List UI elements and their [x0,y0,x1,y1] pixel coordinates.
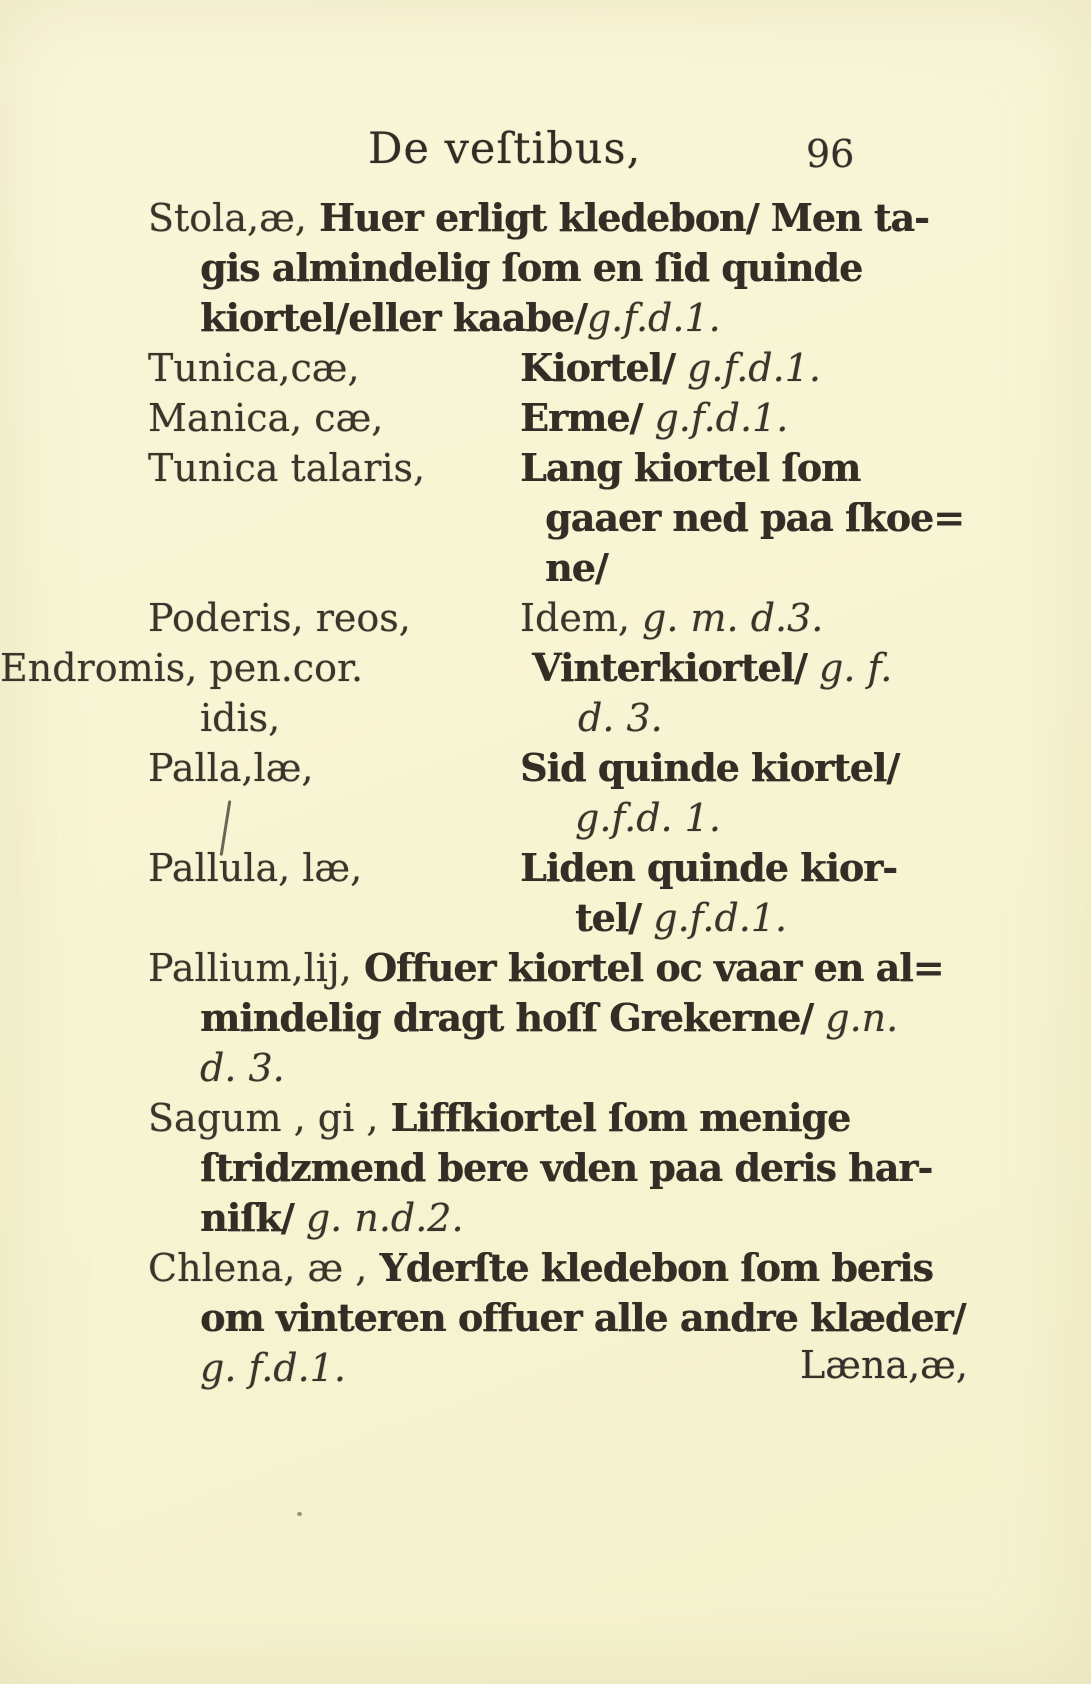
text-line: gaaer ned paa ſkoe= [0,493,1091,543]
definition-fraktur-text: Sid quinde kiortel/ [520,745,899,790]
definition-fraktur-text: ne/ [545,545,608,590]
line-definition-column: Kiortel/ g.f.d.1. [520,343,821,393]
line-left-column: Chlena, æ , Yderſte kledebon ſom beris [0,1243,933,1293]
text-line: ne/ [0,543,1091,593]
line-left-column: g. f.d.1. [0,1343,346,1393]
text-line: Stola,æ, Huer erligt kledebon/ Men ta- [0,193,1091,243]
definition-fraktur-text: ſtridzmend bere vden paa deris har- [200,1145,932,1190]
definition-fraktur-text: Erme/ [520,395,654,440]
definition-fraktur-text: tel/ [575,895,653,940]
line-left-column: niſk/ g. n.d.2. [0,1193,464,1243]
text-line: ſtridzmend bere vden paa deris har- [0,1143,1091,1193]
grammar-abbreviation: d. 3. [200,1046,285,1090]
text-line: Sagum , gi , Liffkiortel ſom menige [0,1093,1091,1143]
definition-fraktur-text: Huer erligt kledebon/ Men ta- [319,195,929,240]
text-line: Tunica talaris,Lang kiortel ſom [0,443,1091,493]
text-line: Palla,læ,Sid quinde kiortel/ [0,743,1091,793]
line-definition-column: tel/ g.f.d.1. [575,893,787,943]
ink-speck [297,1512,302,1516]
text-line: niſk/ g. n.d.2. [0,1193,1091,1243]
definition-fraktur-text: mindelig dragt hoſſ Grekerne/ [200,995,825,1040]
line-definition-column: g.f.d. 1. [575,793,721,843]
text-line: gis almindelig ſom en ſid quinde [0,243,1091,293]
grammar-abbreviation: g.f.d.1. [654,396,788,440]
line-left-column: mindelig dragt hoſſ Grekerne/ g.n. [0,993,898,1043]
text-line: d. 3. [0,1043,1091,1093]
text-line: Poderis, reos,Idem, g. m. d.3. [0,593,1091,643]
line-left-column: d. 3. [0,1043,285,1093]
definition-fraktur-text: om vinteren offuer alle andre klæder/ [200,1295,965,1340]
line-definition-column: Sid quinde kiortel/ [520,743,899,793]
grammar-abbreviation: g. m. d.3. [642,596,823,640]
lemma-text: Tunica talaris, [148,446,425,490]
catchword: Læna,æ, [800,1340,968,1390]
line-left-column: Endromis, pen.cor. [0,643,363,693]
definition-fraktur-text: kiortel/eller kaabe/ [200,295,587,340]
line-left-column: Palla,læ, [0,743,314,793]
lemma-text: Pallula, læ, [148,846,362,890]
line-left-column: idis, [0,693,280,743]
definition-roman-text: Idem, [520,596,642,640]
lemma-text: Sagum , gi , [148,1096,390,1140]
line-left-column: Tunica,cæ, [0,343,360,393]
grammar-abbreviation: g. n.d.2. [306,1196,464,1240]
lemma-text: Chlena, æ , [148,1246,379,1290]
definition-fraktur-text: gaaer ned paa ſkoe= [545,495,964,540]
line-left-column: Stola,æ, Huer erligt kledebon/ Men ta- [0,193,929,243]
text-line: idis,d. 3. [0,693,1091,743]
line-left-column: kiortel/eller kaabe/g.f.d.1. [0,293,721,343]
lemma-text: Poderis, reos, [148,596,411,640]
definition-fraktur-text: niſk/ [200,1195,306,1240]
text-line: Pallium,lij, Offuer kiortel oc vaar en a… [0,943,1091,993]
definition-fraktur-text: Offuer kiortel oc vaar en al= [364,945,944,990]
text-line: Pallula, læ,Liden quinde kior- [0,843,1091,893]
line-left-column: Pallula, læ, [0,843,362,893]
line-definition-column: gaaer ned paa ſkoe= [545,493,964,543]
text-line: tel/ g.f.d.1. [0,893,1091,943]
text-line: Manica, cæ,Erme/ g.f.d.1. [0,393,1091,443]
grammar-abbreviation: g.f.d. 1. [575,796,721,840]
line-definition-column: Idem, g. m. d.3. [520,593,823,643]
line-left-column: Manica, cæ, [0,393,383,443]
grammar-abbreviation: d. 3. [578,696,663,740]
lemma-text: Palla,læ, [148,746,314,790]
line-left-column: ſtridzmend bere vden paa deris har- [0,1143,932,1193]
text-line: Chlena, æ , Yderſte kledebon ſom beris [0,1243,1091,1293]
grammar-abbreviation: g.f.d.1. [653,896,787,940]
line-left-column: gis almindelig ſom en ſid quinde [0,243,862,293]
line-definition-column: d. 3. [578,693,663,743]
scanned-book-page: De veſtibus, 96 Stola,æ, Huer erligt kle… [0,0,1091,1684]
definition-fraktur-text: Vinterkiortel/ [532,645,819,690]
text-line: Tunica,cæ,Kiortel/ g.f.d.1. [0,343,1091,393]
line-definition-column: Erme/ g.f.d.1. [520,393,788,443]
definition-fraktur-text: Yderſte kledebon ſom beris [379,1245,932,1290]
definition-fraktur-text: gis almindelig ſom en ſid quinde [200,245,862,290]
line-definition-column: ne/ [545,543,608,593]
lemma-text: Endromis, pen.cor. [0,646,363,690]
line-definition-column: Lang kiortel ſom [520,443,860,493]
lemma-text: Manica, cæ, [148,396,383,440]
line-left-column: om vinteren offuer alle andre klæder/ [0,1293,965,1343]
grammar-abbreviation: g.f.d.1. [587,296,721,340]
text-line: om vinteren offuer alle andre klæder/ [0,1293,1091,1343]
lemma-text: Tunica,cæ, [148,346,360,390]
grammar-abbreviation: g.n. [825,996,898,1040]
dictionary-entries: Stola,æ, Huer erligt kledebon/ Men ta-gi… [0,193,1091,1393]
text-line: kiortel/eller kaabe/g.f.d.1. [0,293,1091,343]
line-definition-column: Liden quinde kior- [520,843,897,893]
line-left-column: Pallium,lij, Offuer kiortel oc vaar en a… [0,943,943,993]
lemma-text: idis, [200,696,280,740]
definition-fraktur-text: Lang kiortel ſom [520,445,860,490]
text-line: g.f.d. 1. [0,793,1091,843]
grammar-abbreviation: g.f.d.1. [687,346,821,390]
line-left-column: Tunica talaris, [0,443,425,493]
text-line: Endromis, pen.cor.Vinterkiortel/ g. f. [0,643,1091,693]
line-left-column: Poderis, reos, [0,593,411,643]
page-heading: De veſtibus, [368,124,641,174]
line-definition-column: Vinterkiortel/ g. f. [532,643,892,693]
definition-fraktur-text: Liffkiortel ſom menige [390,1095,850,1140]
line-left-column: Sagum , gi , Liffkiortel ſom menige [0,1093,850,1143]
text-line: mindelig dragt hoſſ Grekerne/ g.n. [0,993,1091,1043]
lemma-text: Pallium,lij, [148,946,364,990]
lemma-text: Stola,æ, [148,196,319,240]
definition-fraktur-text: Kiortel/ [520,345,687,390]
definition-fraktur-text: Liden quinde kior- [520,845,897,890]
grammar-abbreviation: g. f. [819,646,892,690]
grammar-abbreviation: g. f.d.1. [200,1346,346,1390]
page-number: 96 [806,132,854,176]
